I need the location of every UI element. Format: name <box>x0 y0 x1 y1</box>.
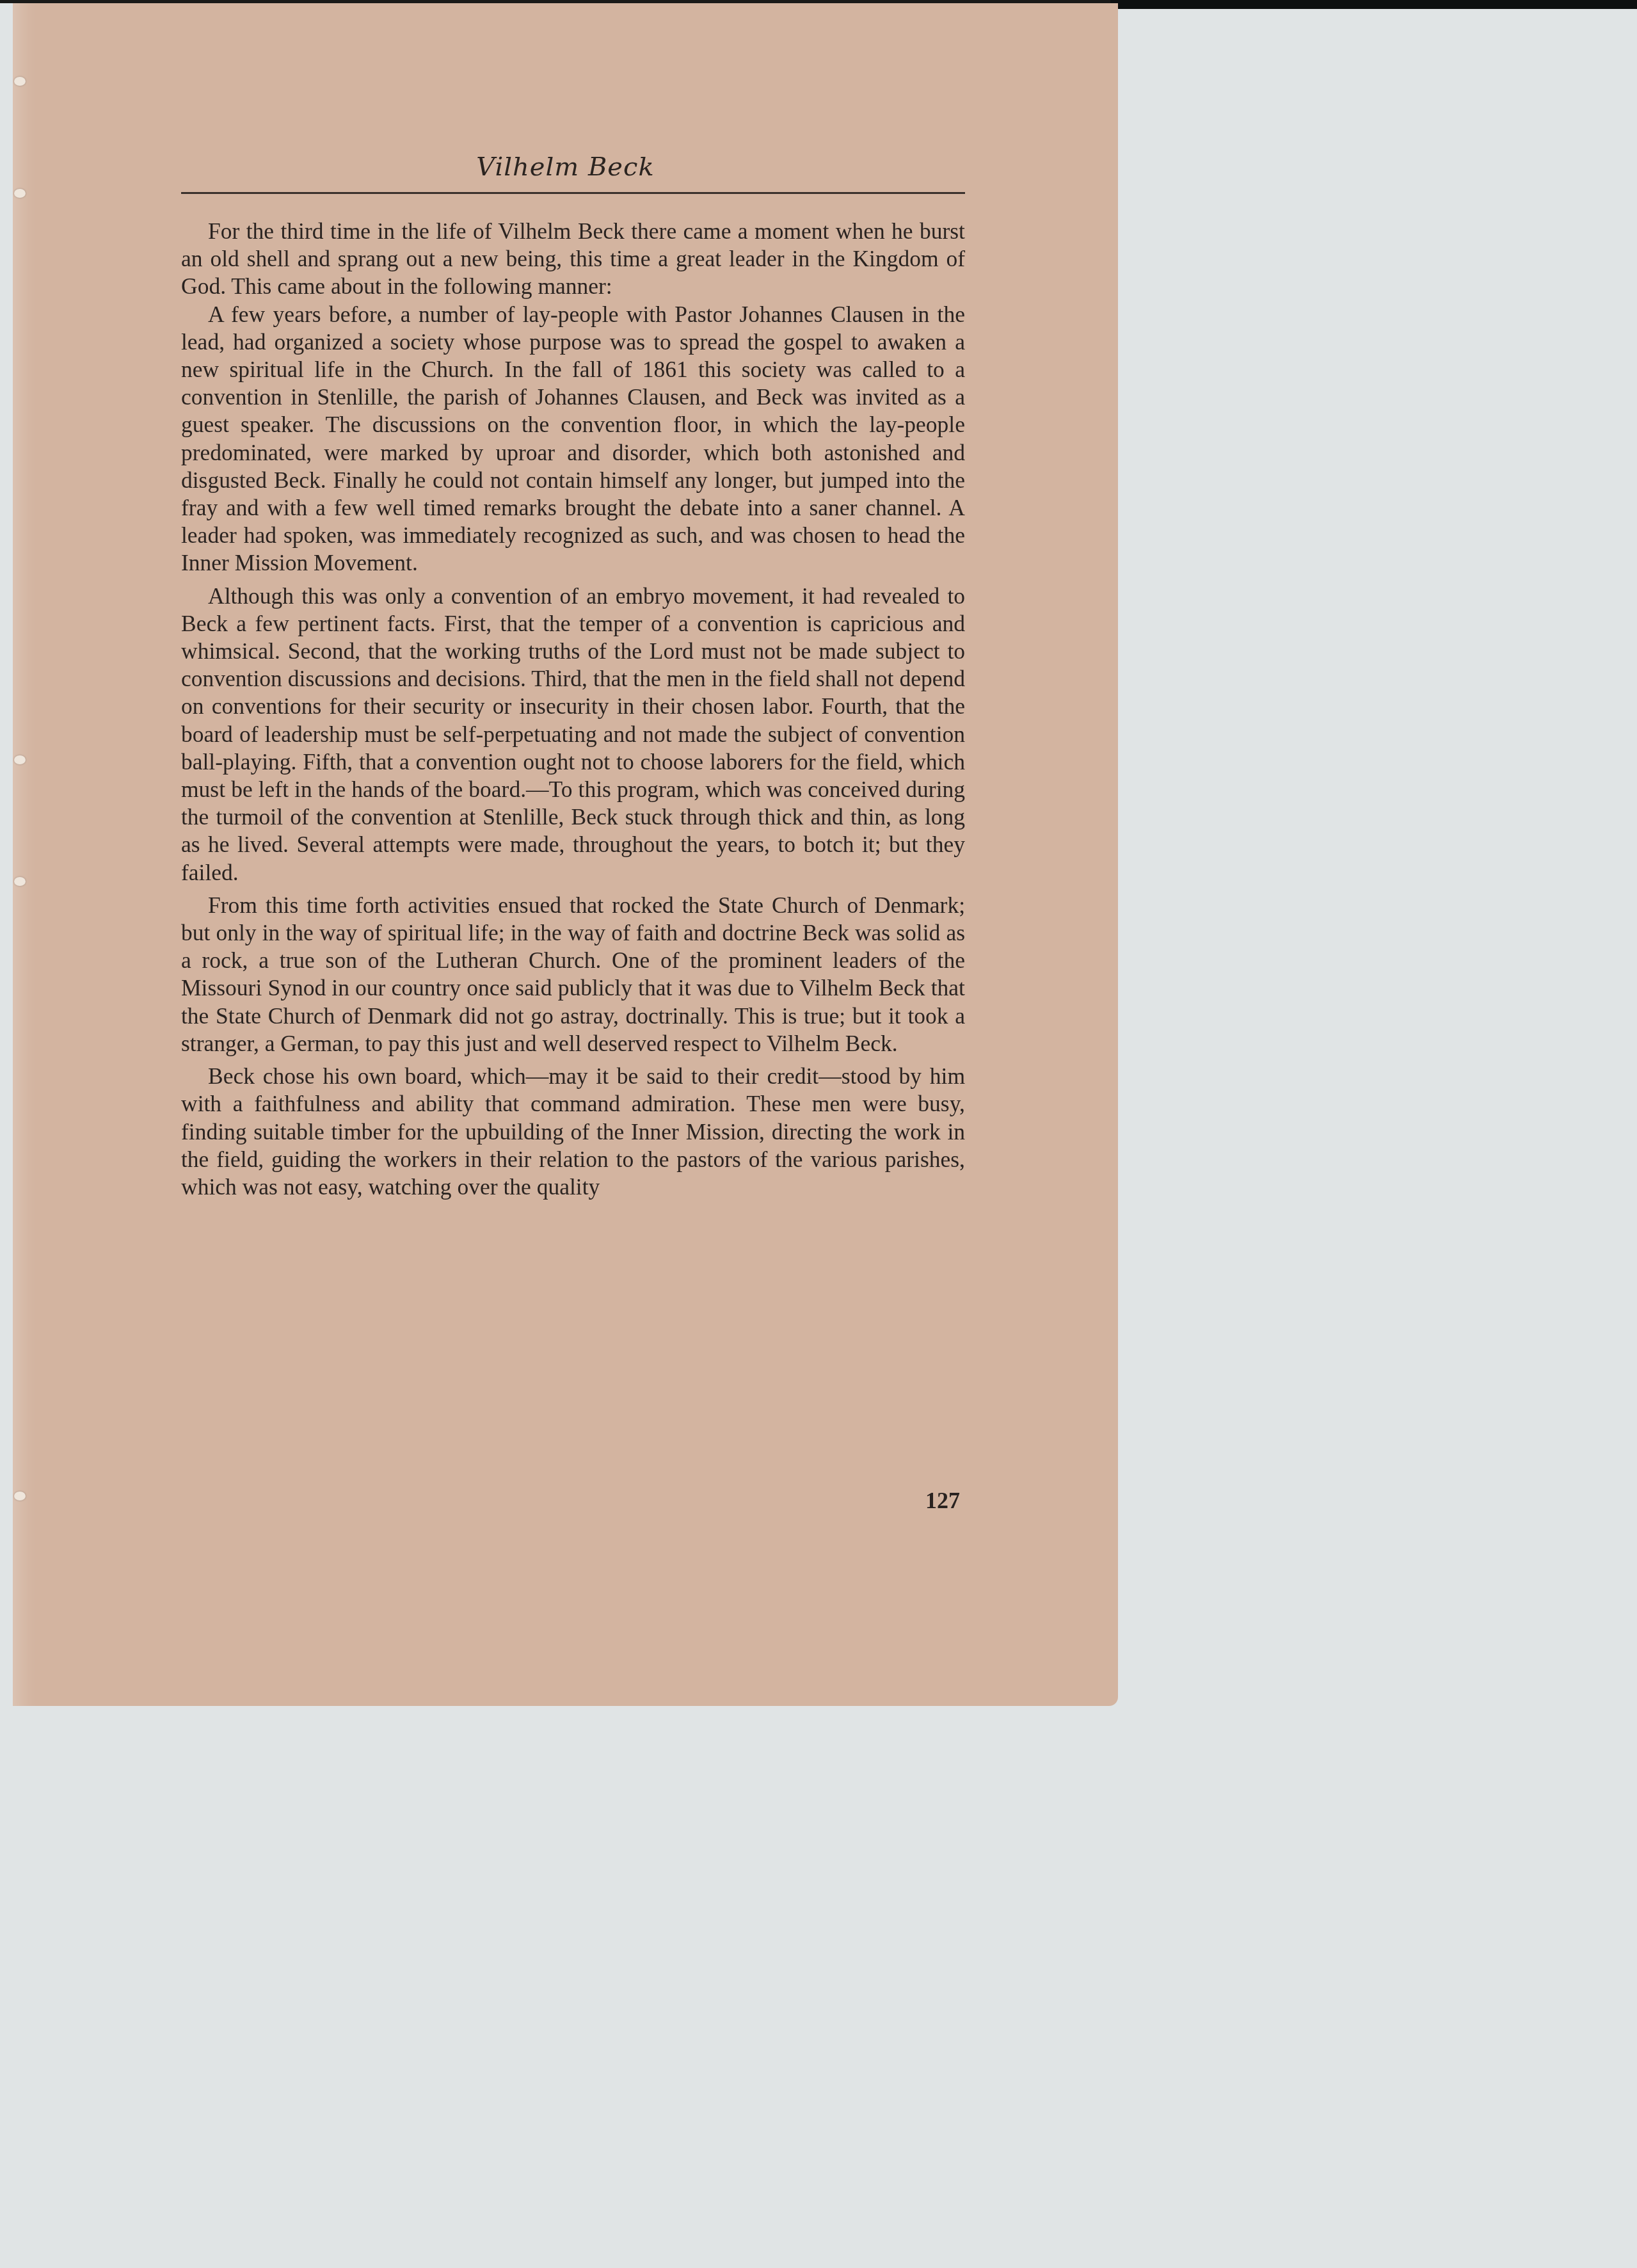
paragraph: For the third time in the life of Vilhel… <box>181 218 965 301</box>
paragraph: From this time forth activities ensued t… <box>181 892 965 1058</box>
running-head: Vilhelm Beck <box>13 152 1118 182</box>
book-page: Vilhelm Beck For the third time in the l… <box>13 3 1118 1706</box>
paragraph: A few years before, a number of lay-peop… <box>181 301 965 577</box>
binding-hole-icon <box>14 877 26 886</box>
paragraph: Although this was only a convention of a… <box>181 583 965 887</box>
page-number: 127 <box>870 1487 960 1514</box>
scanner-edge-strip <box>1110 0 1637 9</box>
paragraph: Beck chose his own board, which—may it b… <box>181 1063 965 1201</box>
binding-hole-icon <box>14 77 26 86</box>
binding-hole-icon <box>14 189 26 198</box>
body-text: For the third time in the life of Vilhel… <box>181 218 965 1206</box>
binding-hole-icon <box>14 1492 26 1500</box>
binding-hole-icon <box>14 755 26 764</box>
header-rule <box>181 192 965 194</box>
